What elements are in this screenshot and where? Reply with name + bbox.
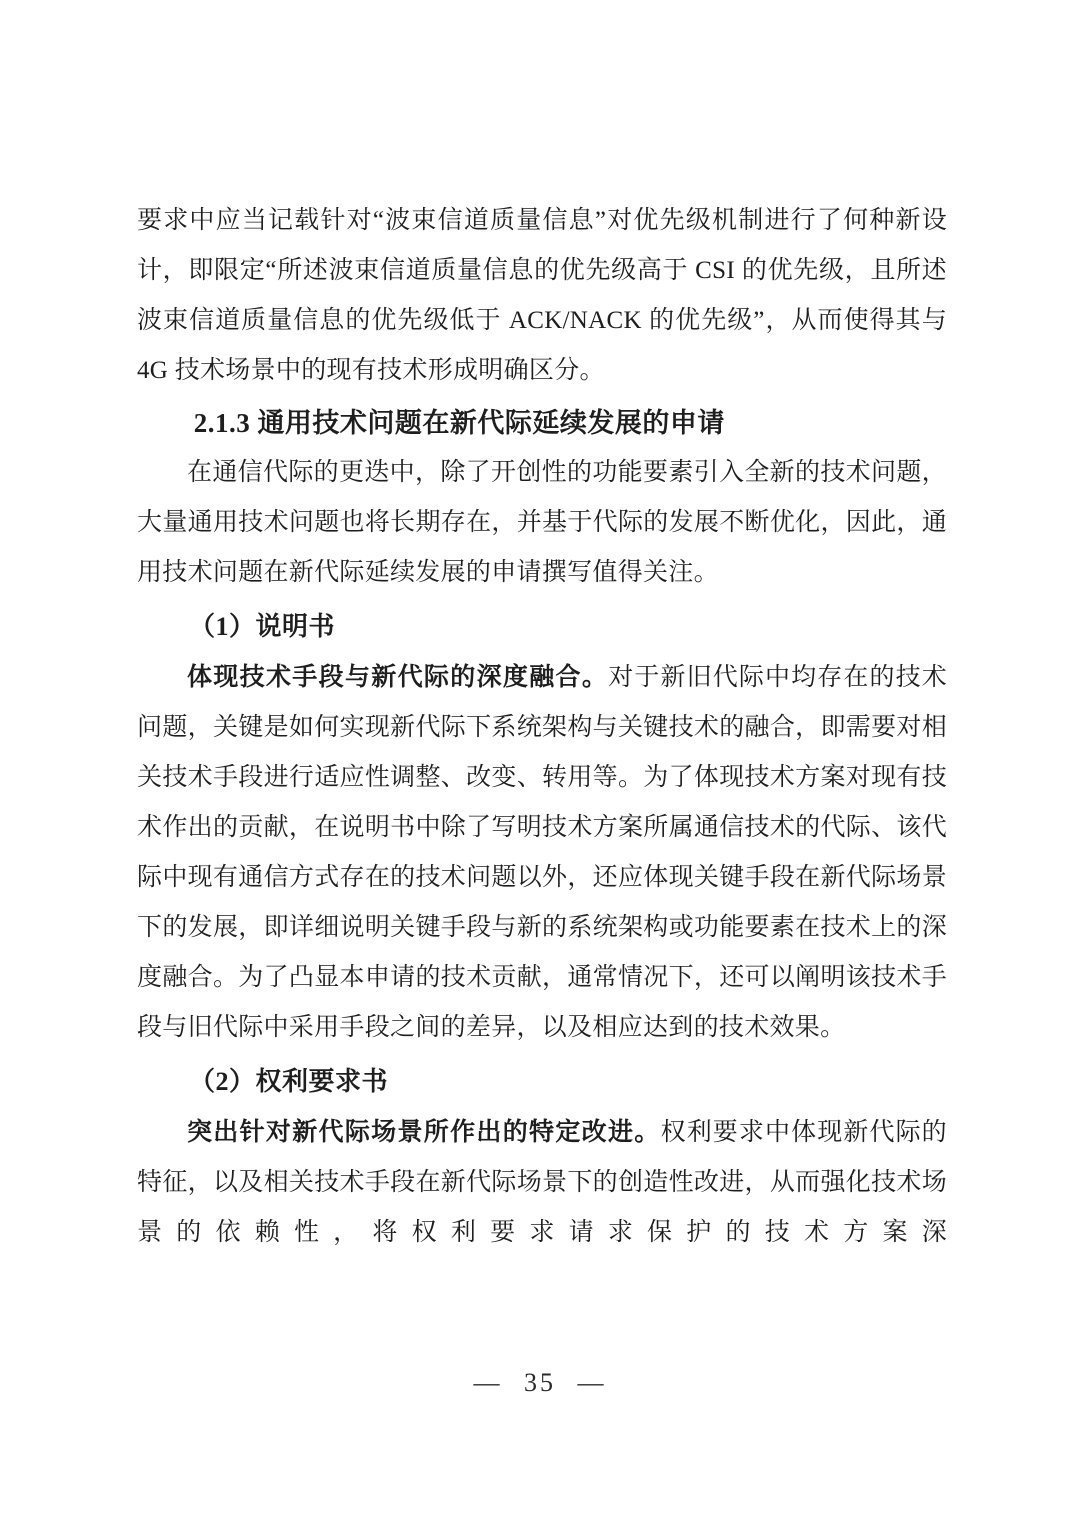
- body-paragraph: 体现技术手段与新代际的深度融合。对于新旧代际中均存在的技术问题，关键是如何实现新…: [137, 653, 947, 1053]
- body-paragraph: 在通信代际的更迭中，除了开创性的功能要素引入全新的技术问题，大量通用技术问题也将…: [137, 448, 947, 598]
- paragraph-lead-bold: 体现技术手段与新代际的深度融合。: [187, 664, 608, 691]
- body-paragraph: 突出针对新代际场景所作出的特定改进。权利要求中体现新代际的特征，以及相关技术手段…: [137, 1108, 947, 1258]
- body-paragraph: 要求中应当记载针对“波束信道质量信息”对优先级机制进行了何种新设计，即限定“所述…: [137, 196, 947, 396]
- paragraph-lead-bold: 突出针对新代际场景所作出的特定改进。: [187, 1119, 661, 1146]
- paragraph-text: 对于新旧代际中均存在的技术问题，关键是如何实现新代际下系统架构与关键技术的融合，…: [137, 664, 947, 1041]
- subsection-heading-claims: （2）权利要求书: [137, 1056, 947, 1108]
- page-body: 要求中应当记载针对“波束信道质量信息”对优先级机制进行了何种新设计，即限定“所述…: [137, 196, 947, 1258]
- document-page: 要求中应当记载针对“波束信道质量信息”对优先级机制进行了何种新设计，即限定“所述…: [0, 0, 1080, 1527]
- subsection-heading-specification: （1）说明书: [137, 601, 947, 653]
- page-footer: — 35 —: [0, 1363, 1080, 1403]
- page-number: — 35 —: [474, 1368, 607, 1397]
- section-heading: 2.1.3 通用技术问题在新代际延续发展的申请: [137, 398, 947, 448]
